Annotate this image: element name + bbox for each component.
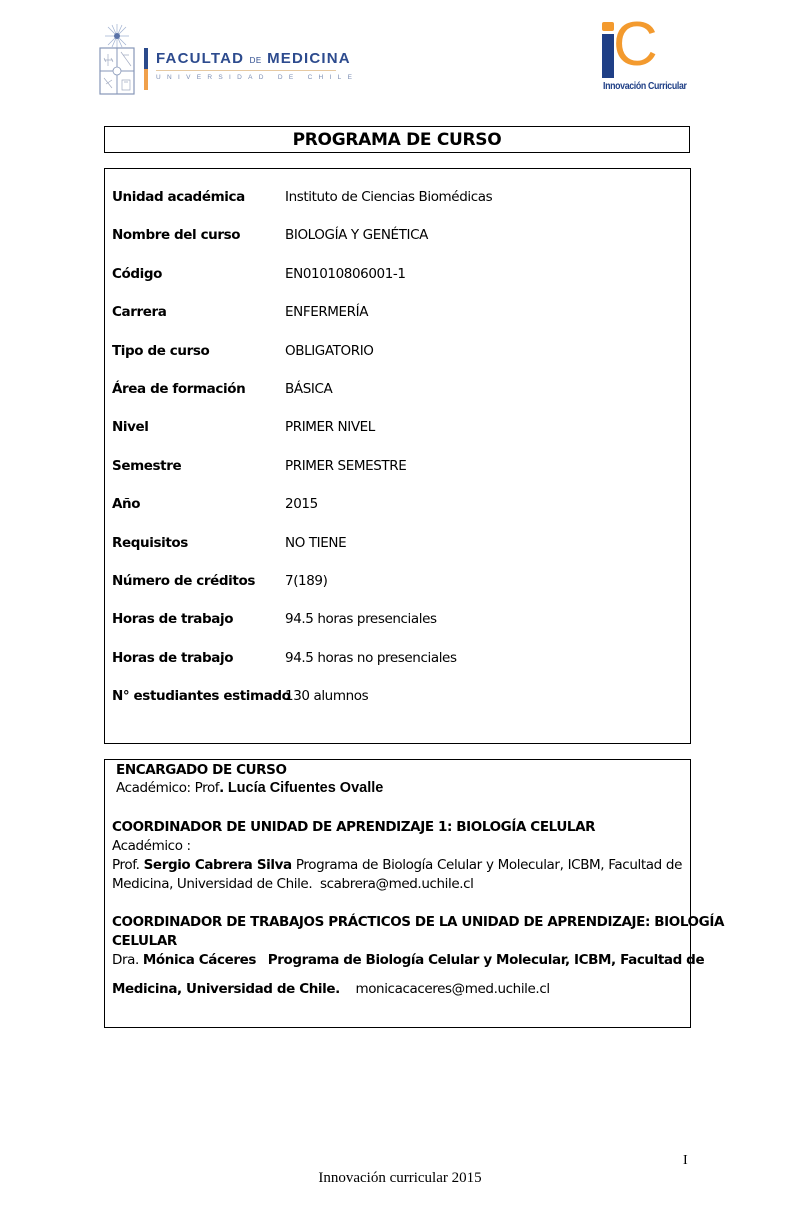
info-value: 94.5 horas presenciales <box>285 611 437 627</box>
coordinador-practicos-name: Mónica Cáceres <box>143 952 256 968</box>
document-title: PROGRAMA DE CURSO <box>293 130 502 150</box>
info-label: Año <box>112 496 140 512</box>
coordinador-practicos-affiliation-line1: Programa de Biología Celular y Molecular… <box>268 952 705 968</box>
university-shield-icon <box>98 22 136 96</box>
info-value: PRIMER NIVEL <box>285 419 375 435</box>
faculty-name: FACULTAD DE MEDICINA <box>156 50 351 67</box>
info-value: EN01010806001-1 <box>285 266 406 282</box>
university-name: UNIVERSIDAD DE CHILE <box>156 74 358 81</box>
encargado-dot: . <box>219 780 224 796</box>
info-value: PRIMER SEMESTRE <box>285 458 406 474</box>
info-label: Nivel <box>112 419 149 435</box>
encargado-line: Académico: Prof. Lucía Cifuentes Ovalle <box>116 780 383 796</box>
info-label: N° estudiantes estimado <box>112 688 291 704</box>
info-label: Área de formación <box>112 381 245 397</box>
coordinador-practicos-heading-line1: COORDINADOR DE TRABAJOS PRÁCTICOS DE LA … <box>112 914 724 930</box>
info-label: Carrera <box>112 304 166 320</box>
faculty-name-connector: DE <box>250 56 262 65</box>
coordinador-unidad-prefix: Prof. <box>112 857 139 873</box>
info-value: 2015 <box>285 496 318 512</box>
info-value: BIOLOGÍA Y GENÉTICA <box>285 227 428 243</box>
info-label: Requisitos <box>112 535 188 551</box>
info-value: Instituto de Ciencias Biomédicas <box>285 189 492 205</box>
info-value: 130 alumnos <box>285 688 368 704</box>
coordinador-practicos-line1: Dra. Mónica Cáceres Programa de Biología… <box>112 952 704 968</box>
info-label: Horas de trabajo <box>112 650 233 666</box>
logo-divider-bar <box>144 48 148 90</box>
page-number: I <box>683 1153 688 1169</box>
coordinador-practicos-prefix: Dra. <box>112 952 139 968</box>
coordinador-practicos-heading-line2: CELULAR <box>112 933 177 949</box>
info-label: Unidad académica <box>112 189 245 205</box>
faculty-name-part1: FACULTAD <box>156 50 244 67</box>
coordinador-practicos-line2: Medicina, Universidad de Chile. monicaca… <box>112 981 550 997</box>
encargado-heading: ENCARGADO DE CURSO <box>116 762 287 778</box>
coordinador-unidad-details: Prof. Sergio Cabrera Silva Programa de B… <box>112 856 682 894</box>
info-value: 94.5 horas no presenciales <box>285 650 457 666</box>
info-label: Nombre del curso <box>112 227 240 243</box>
coordinador-unidad-heading: COORDINADOR DE UNIDAD DE APRENDIZAJE 1: … <box>112 819 595 835</box>
info-label: Número de créditos <box>112 573 255 589</box>
innovacion-curricular-logo: C Innovación Curricular <box>595 20 690 98</box>
encargado-prefix: Académico: Prof <box>116 780 219 796</box>
coordinador-unidad-email: scabrera@med.uchile.cl <box>320 876 474 892</box>
info-value: BÁSICA <box>285 381 332 397</box>
coordinador-practicos-email: monicacaceres@med.uchile.cl <box>355 981 549 997</box>
coordinador-unidad-name: Sergio Cabrera Silva <box>144 857 292 873</box>
info-value: 7(189) <box>285 573 328 589</box>
faculty-name-part2: MEDICINA <box>267 50 351 67</box>
info-value: ENFERMERÍA <box>285 304 368 320</box>
info-value: NO TIENE <box>285 535 346 551</box>
coordinador-practicos-affiliation-line2: Medicina, Universidad de Chile. <box>112 981 340 997</box>
info-label: Tipo de curso <box>112 343 209 359</box>
ic-logo-c-letter: C <box>613 14 658 76</box>
ic-logo-caption: Innovación Curricular <box>603 81 687 92</box>
info-label: Horas de trabajo <box>112 611 233 627</box>
logo-rule <box>156 70 336 71</box>
info-label: Código <box>112 266 162 282</box>
faculty-of-medicine-logo: FACULTAD DE MEDICINA UNIVERSIDAD DE CHIL… <box>98 22 343 98</box>
coordinador-unidad-role: Académico : <box>112 838 191 854</box>
info-value: OBLIGATORIO <box>285 343 374 359</box>
document-title-box: PROGRAMA DE CURSO <box>104 126 690 153</box>
info-label: Semestre <box>112 458 181 474</box>
course-info-table: Unidad académicaInstituto de Ciencias Bi… <box>104 168 691 744</box>
encargado-name: Lucía Cifuentes Ovalle <box>228 780 384 796</box>
footer-text: Innovación curricular 2015 <box>0 1170 800 1187</box>
course-staff-box: ENCARGADO DE CURSO Académico: Prof. Lucí… <box>104 759 691 1028</box>
